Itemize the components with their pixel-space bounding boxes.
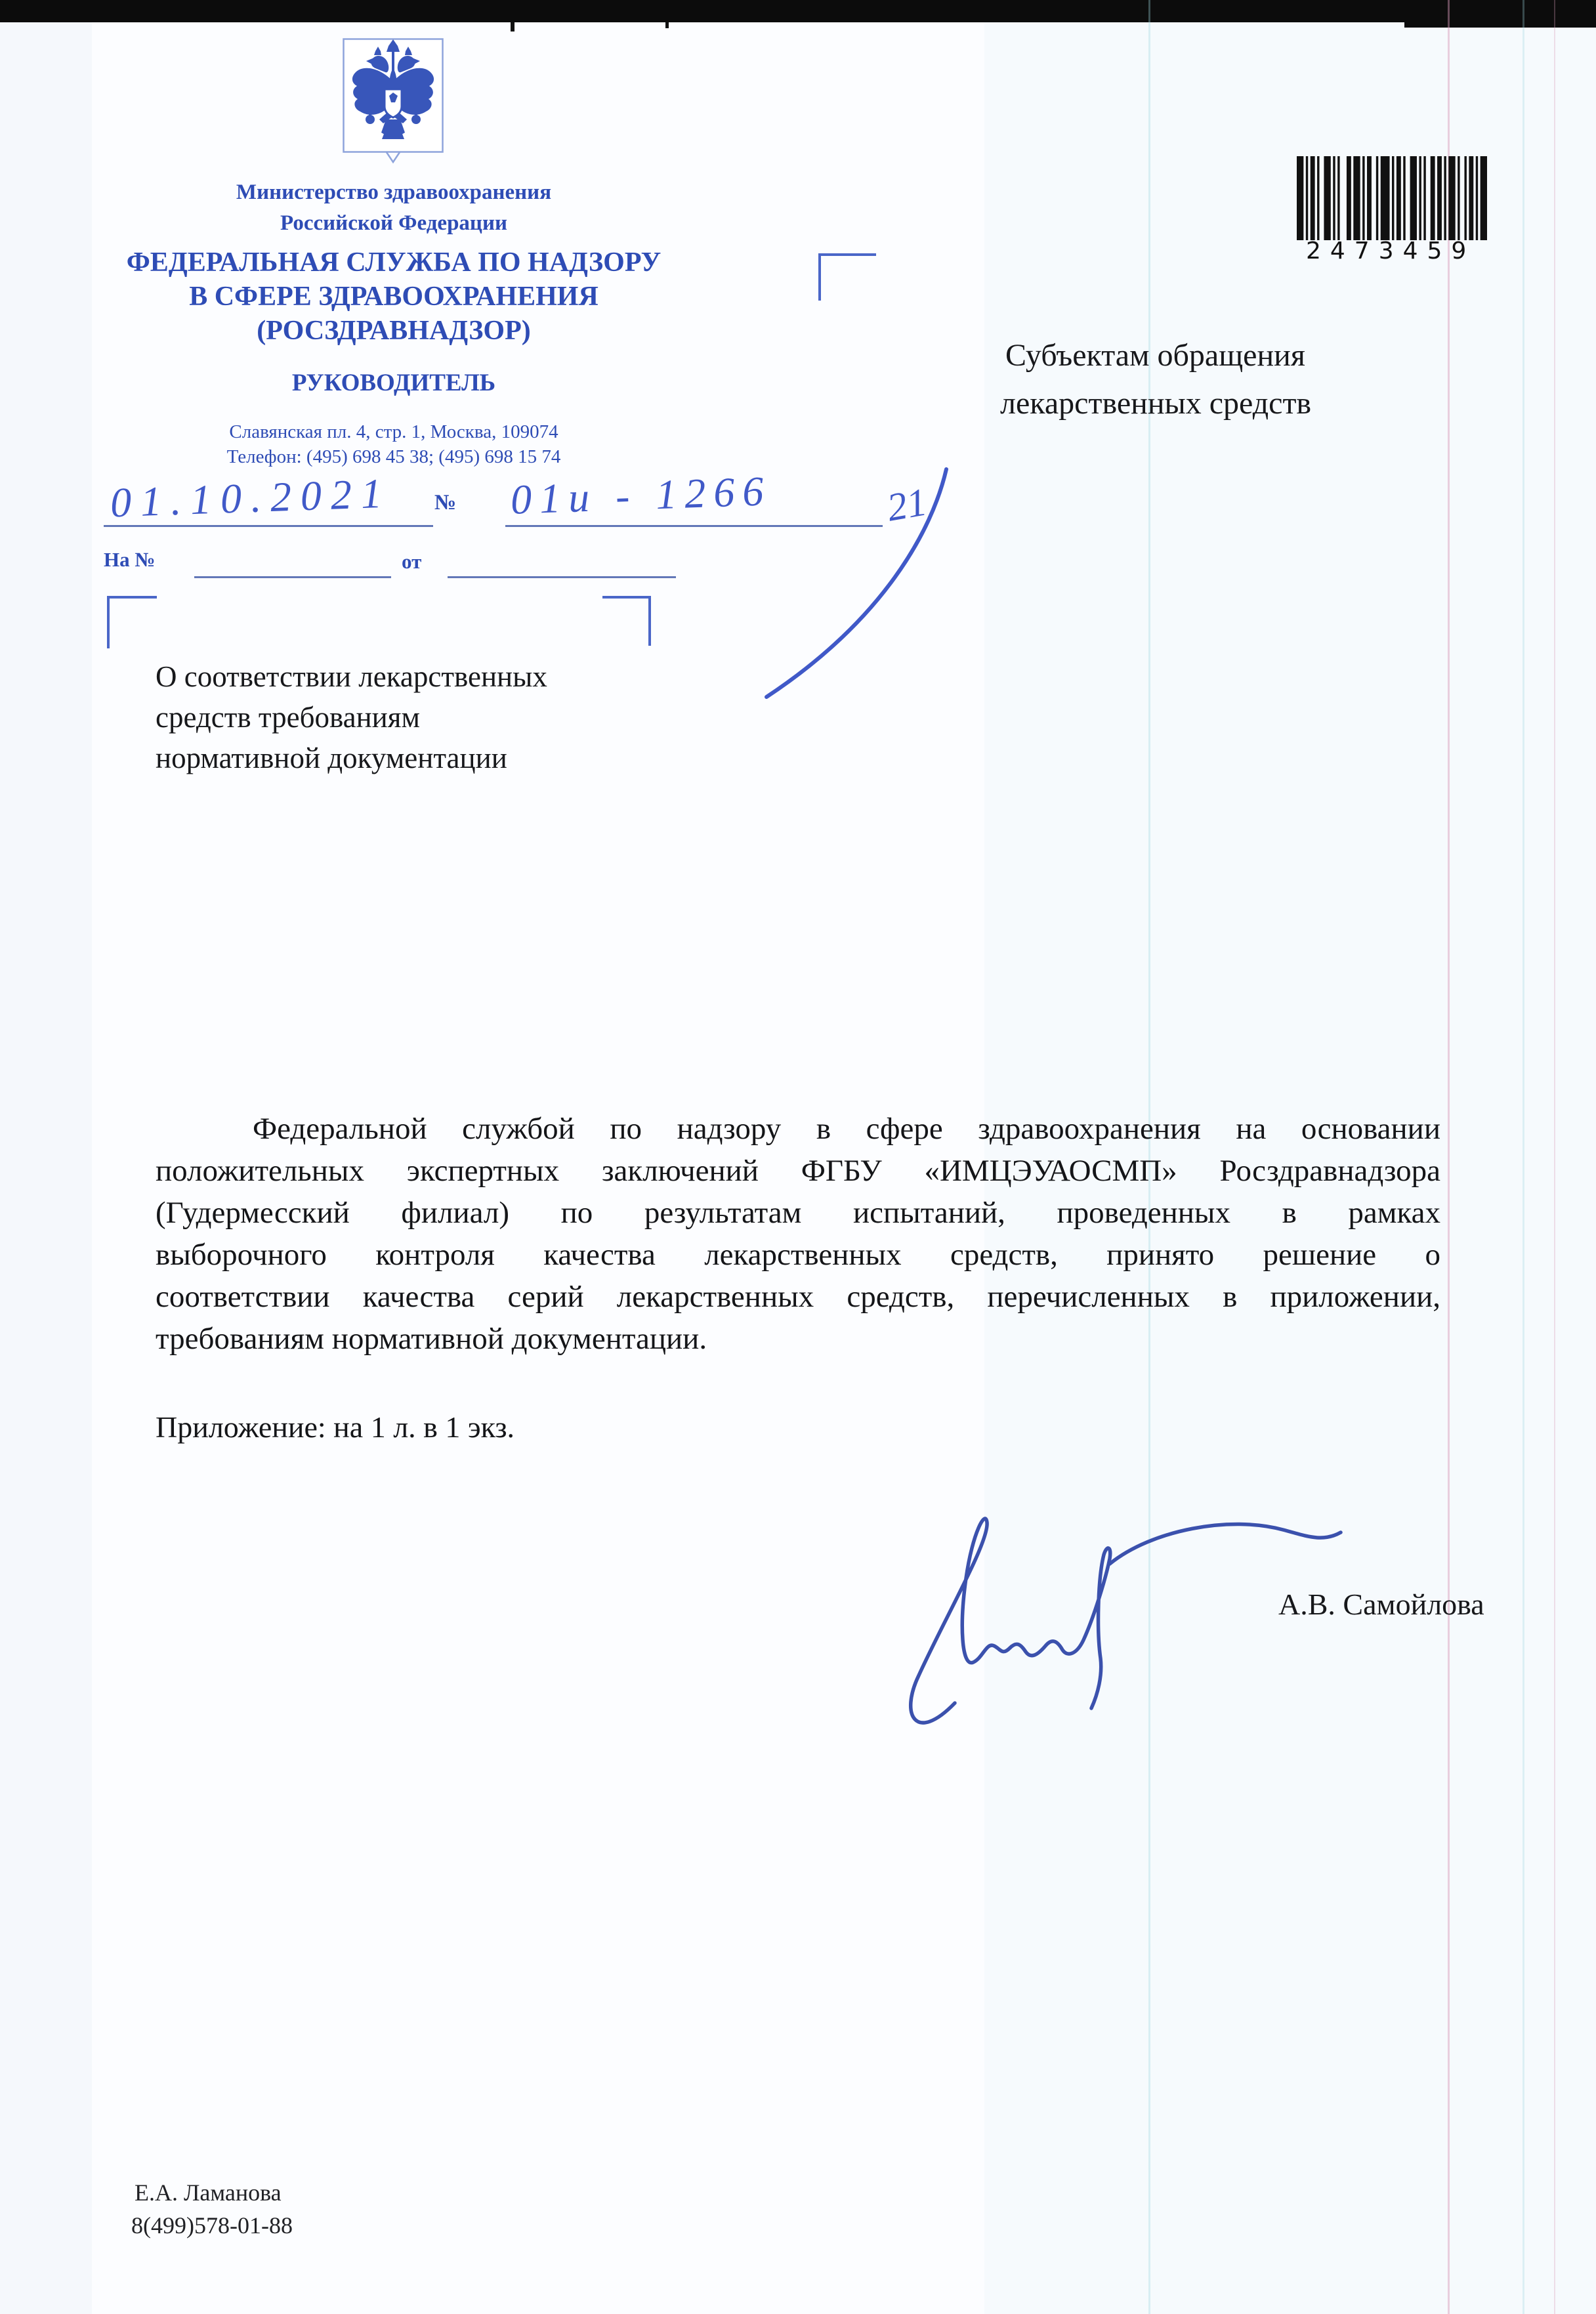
barcode-bars	[1297, 156, 1487, 240]
body-line: соответствии качества серий лекарственны…	[156, 1276, 1440, 1318]
subject-line: нормативной документации	[156, 738, 507, 778]
scan-artifact-tick	[665, 22, 669, 28]
addressee-line: лекарственных средств	[1000, 379, 1311, 427]
executor-name: Е.А. Ламанова	[135, 2176, 282, 2209]
ministry-name-line1: Министерство здравоохранения	[66, 180, 722, 205]
scan-artifact-line-pink	[1554, 0, 1555, 2314]
service-name-line1: ФЕДЕРАЛЬНАЯ СЛУЖБА ПО НАДЗОРУ	[66, 247, 722, 278]
org-phone: Телефон: (495) 698 45 38; (495) 698 15 7…	[66, 446, 722, 468]
org-address: Славянская пл. 4, стр. 1, Москва, 109074	[66, 421, 722, 443]
body-line: положительных экспертных заключений ФГБУ…	[156, 1150, 1440, 1192]
position-title: РУКОВОДИТЕЛЬ	[66, 369, 722, 397]
subject-line: О соответствии лекарственных	[156, 656, 547, 697]
service-name-line2: В СФЕРЕ ЗДРАВООХРАНЕНИЯ	[66, 281, 722, 312]
reply-date-underline	[448, 576, 676, 578]
scan-top-black-bar	[0, 0, 1596, 22]
scanned-letter-page: Министерство здравоохранения Российской …	[0, 0, 1596, 2314]
addressee-line: Субъектам обращения	[1005, 331, 1305, 379]
reply-number-underline	[194, 576, 391, 578]
subject-line: средств требованиям	[156, 697, 420, 738]
body-line: (Гудермесский филиал) по результатам исп…	[156, 1192, 1440, 1234]
signer-name: А.В. Самойлова	[1278, 1587, 1484, 1622]
date-underline	[104, 525, 433, 527]
service-short-name: (РОСЗДРАВНАДЗОР)	[66, 315, 722, 347]
body-line: выборочного контроля качества лекарствен…	[156, 1234, 1440, 1276]
scan-artifact-tick	[511, 22, 514, 32]
reply-date-label: от	[402, 550, 421, 574]
corner-mark-left	[107, 596, 157, 648]
coat-of-arms-emblem	[343, 38, 444, 179]
reply-number-label: На №	[104, 548, 156, 572]
body-paragraph: Федеральной службой по надзору в сфере з…	[156, 1108, 1440, 1360]
scan-artifact-line-cyan	[1522, 0, 1524, 2314]
executor-phone: 8(499)578-01-88	[131, 2209, 293, 2242]
body-line: требованиям нормативной документации.	[156, 1318, 1440, 1360]
number-sign-label: №	[434, 491, 456, 515]
body-line: Федеральной службой по надзору в сфере з…	[156, 1108, 1440, 1150]
handwritten-slash-stroke	[722, 453, 971, 715]
russian-coat-of-arms-icon	[343, 38, 444, 176]
scan-artifact-line-pink	[1448, 0, 1450, 2314]
barcode-number: 2473459	[1306, 238, 1475, 264]
corner-mark-right	[602, 596, 651, 646]
corner-mark-addressee	[818, 253, 876, 301]
handwritten-date: 01.10.2021	[110, 469, 392, 528]
scan-top-black-bar-right	[1404, 20, 1596, 28]
ministry-name-line2: Российской Федерации	[66, 211, 722, 236]
registration-barcode	[1297, 156, 1487, 240]
attachment-note: Приложение: на 1 л. в 1 экз.	[156, 1410, 514, 1444]
